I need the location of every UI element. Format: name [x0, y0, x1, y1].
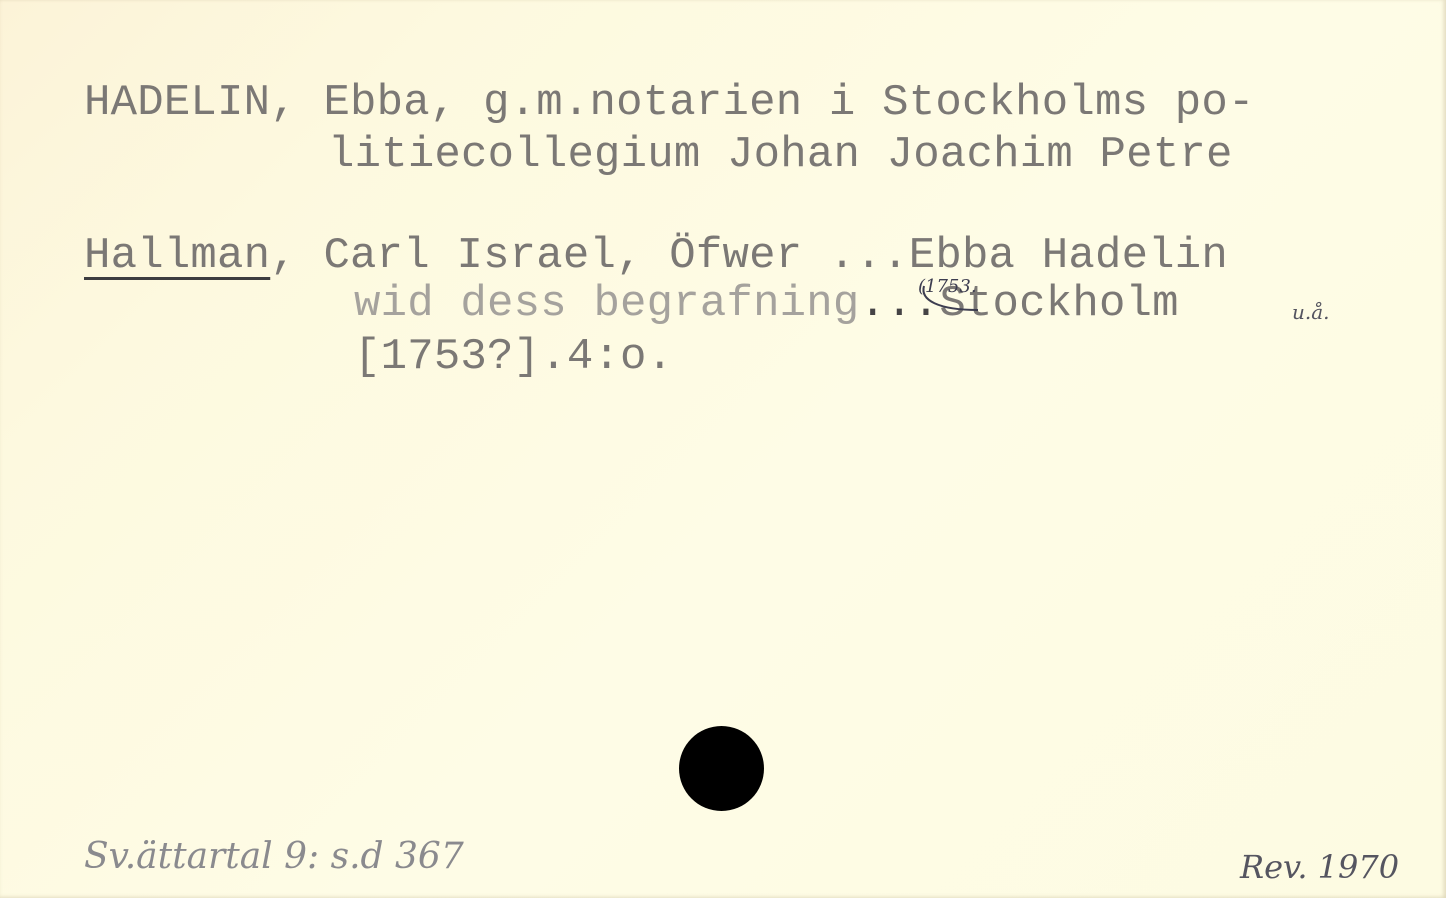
catalog-card: HADELIN, Ebba, g.m.notarien i Stockholms…: [0, 0, 1446, 898]
ua-note: u.å.: [1292, 300, 1330, 324]
entry1-line1: HADELIN, Ebba, g.m.notarien i Stockholms…: [84, 80, 1255, 127]
entry2-line1-text: , Carl Israel, Öfwer ...Ebba Hadelin: [270, 231, 1228, 281]
revision-note: Rev. 1970: [1240, 848, 1399, 886]
entry1-line1-text: , Ebba, g.m.notarien i Stockholms po-: [270, 78, 1254, 128]
entry2-heading: Hallman: [84, 231, 270, 281]
margin-arc-mark: [918, 280, 1008, 320]
entry2-line2: wid dess begrafning...Stockholm: [354, 281, 1179, 328]
punch-hole: [679, 726, 764, 811]
entry2-line2-start: wid dess begrafning: [354, 279, 859, 329]
source-reference-note: Sv.ättartal 9: s.d 367: [84, 836, 464, 877]
entry1-line2: litiecollegium Johan Joachim Petre: [328, 132, 1233, 179]
entry1-heading: HADELIN: [84, 78, 270, 128]
entry2-line3: [1753?].4:o.: [354, 334, 673, 381]
entry2-line1: Hallman, Carl Israel, Öfwer ...Ebba Hade…: [84, 233, 1228, 280]
